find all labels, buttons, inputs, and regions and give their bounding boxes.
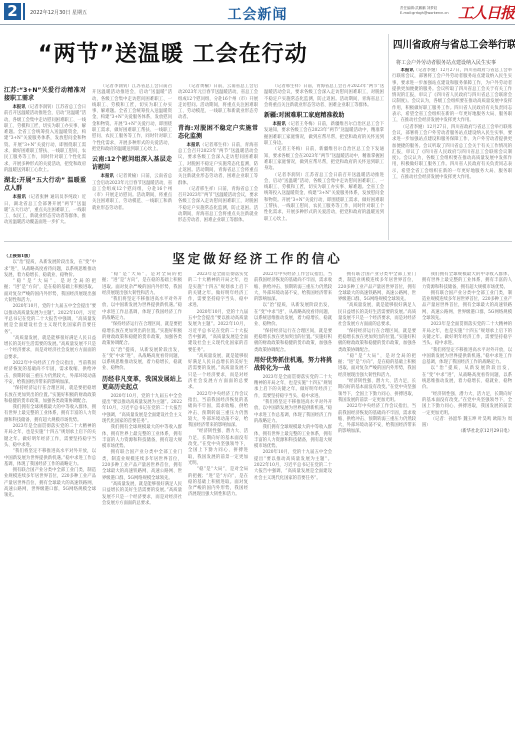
main-story-column-3: （记者黄榆）日前，云南省总工会启动2023年元旦春节送温暖活动，省总工会组成12…	[178, 84, 258, 240]
masthead: 2 2022年12月30日 星期五 工会新闻 责任编辑:武鹏鹏 刘梦姣 E-ma…	[0, 0, 515, 25]
sichuan-subheadline: 将工会户外劳动者服务站点建设纳入民生实事	[396, 59, 496, 66]
economy-column-6: 我们拥有全球规模最大的中等收入群体，拥有世界上最完整的工业体系，拥有丰富的人力资…	[422, 272, 512, 746]
main-story-column-4: （记者邢生祥）日前，青海省总工会召开2023年“两节”送温暖活动会议，要求各级工…	[264, 84, 384, 240]
main-headline: “两节”送温暖 工会在行动	[38, 37, 308, 68]
subhead-qinghai: 青海:对脱困不稳定户实施常态化监测	[178, 125, 258, 141]
economy-column-5: 拥有联合国产业分类中全部工业门类，制造业规模连续多年居世界首位，220多种工业产…	[338, 272, 416, 746]
main-story-column-1: 江苏:“3+N”关爱行动精准对接职工需求 本报讯（记者李润钊）江苏省总工会日前召…	[4, 84, 86, 240]
editor-credits: 责任编辑:武鹏鹏 刘梦姣 E-mail:grrbgh@workercn.cn	[400, 6, 449, 16]
subhead-jiangsu: 江苏:“3+N”关爱行动精准对接职工需求	[4, 87, 86, 103]
byline: 本报讯	[401, 68, 414, 73]
section-separator	[4, 241, 512, 242]
subhead-xinjiang: 新疆:对困难职工家庭精准救助	[264, 112, 384, 120]
sichuan-article-body: 本报讯（记者李娅）12月27日，四川省政府与省总工会举行联席会议，部署将工会户外…	[392, 68, 512, 238]
economy-column-3: 2023年是全面贯彻落实党的二十大精神的开局之年，也是实施“十四五”规划承上启下…	[188, 272, 248, 746]
reporter-credit: （记者：孙韶华 魏玉坤 叶昊鸣 欧阳为 周圆）	[422, 417, 512, 430]
column-divider	[388, 34, 389, 240]
subhead-yunnan: 云南:12个慰问组深入基层走访慰问	[92, 156, 172, 172]
newspaper-logo: 工人日报	[458, 2, 514, 23]
economy-column-1: （上接第1版） 以“治”提质，从新发展阶段出发，在“变”中求“进”，从战略高度看…	[4, 254, 96, 746]
sichuan-headline: 四川省政府与省总工会举行联席会议	[393, 36, 507, 51]
subhead-hubei: 湖北:开展“五大行动” 温暖重点人群	[4, 177, 86, 193]
economy-column-2: “稳”是“大局”，是对全局的把握；“进”是“方向”，是在稳的基础上积极进取。面对…	[102, 272, 182, 746]
editor-email: E-mail:grrbgh@workercn.cn	[400, 11, 449, 16]
subhead-historic-change: 历经非凡变革，我国发展站上更高历史起点	[102, 376, 182, 392]
source-dateline: （新华社北京12月29日电）	[422, 429, 512, 435]
economy-column-4: 2022年中央经济工作会议指出，当前我国经济恢复的基础尚不牢固，需求收缩、供给冲…	[254, 272, 332, 746]
main-story-column-2: （记者李润钊）江苏省总工会日前召开送温暖活动推进会，启动“送温暖”活动，各级工会…	[92, 84, 172, 240]
subhead-seize-opportunity: 用好优势抓住机遇，努力将挑战转化为一战	[254, 357, 332, 373]
